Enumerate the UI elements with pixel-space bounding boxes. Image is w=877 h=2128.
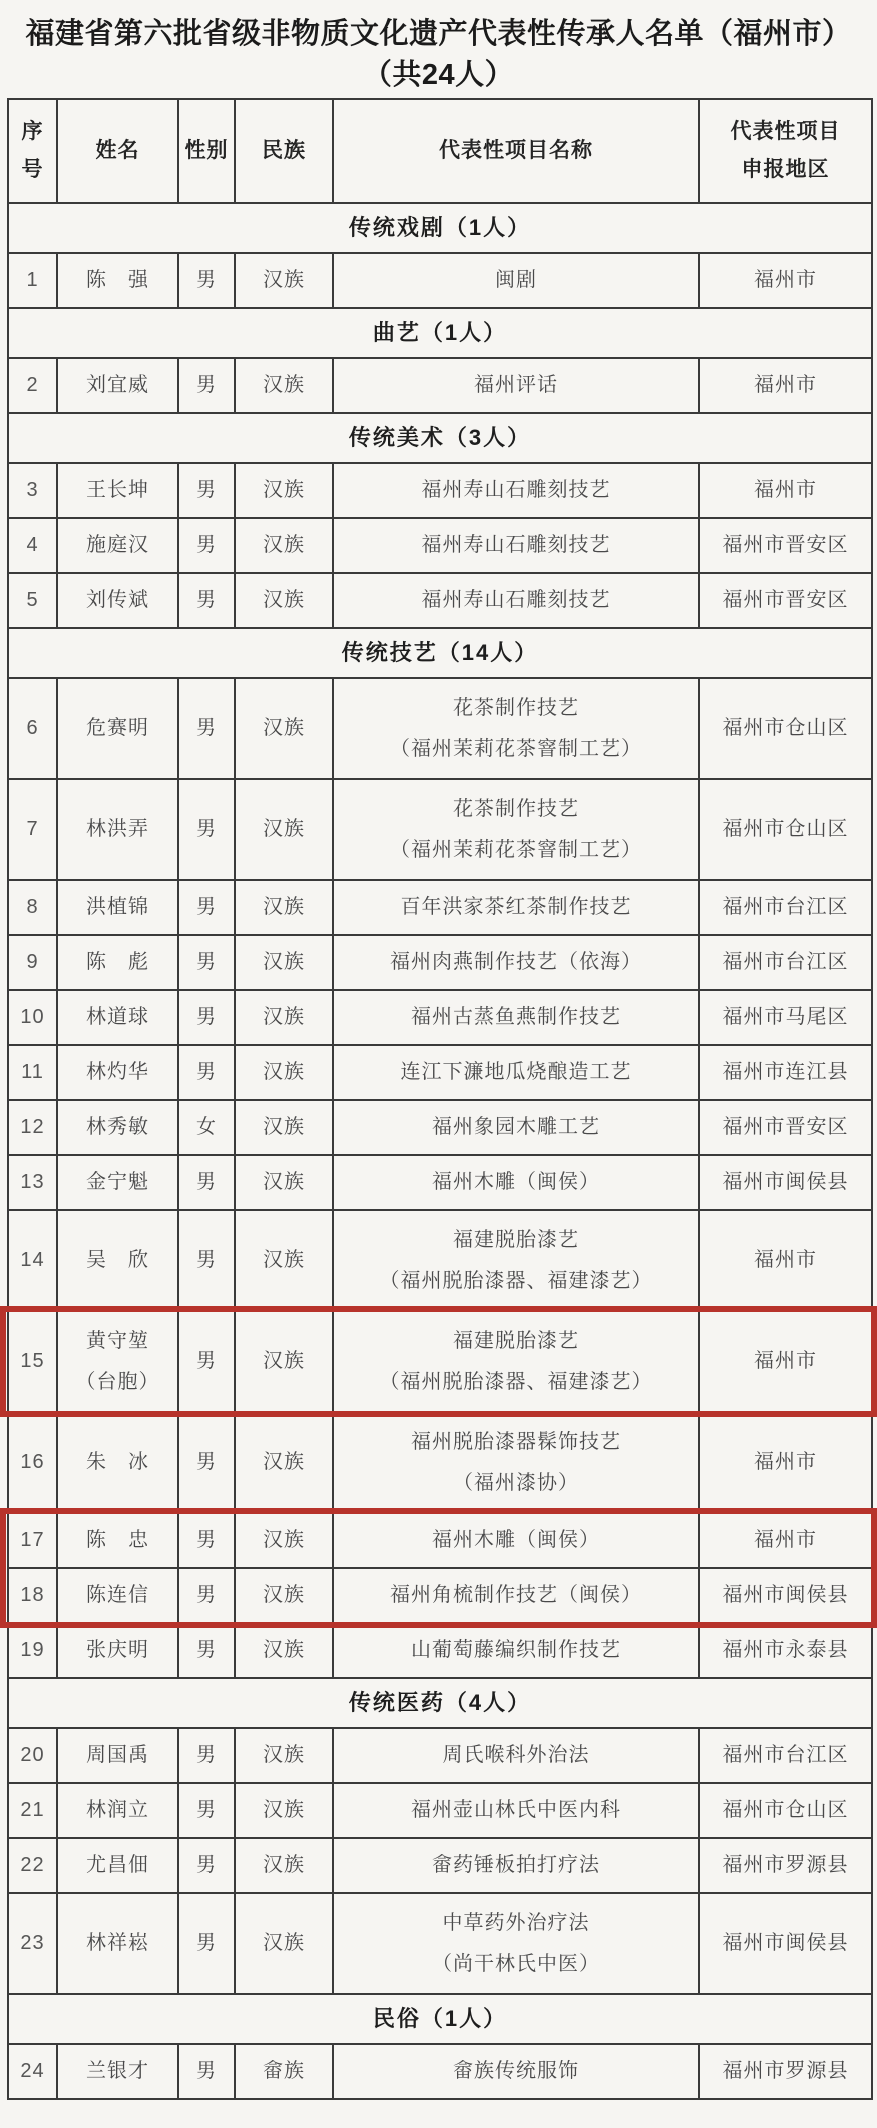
cell-no: 19 — [8, 1623, 57, 1678]
cell-no: 24 — [8, 2044, 57, 2099]
cell-gender: 男 — [178, 1893, 235, 1994]
cell-ethnicity: 汉族 — [235, 1893, 333, 1994]
cell-ethnicity: 汉族 — [235, 1045, 333, 1100]
cell-ethnicity: 汉族 — [235, 990, 333, 1045]
header-ethnicity: 民族 — [235, 99, 333, 203]
document-page: 福建省第六批省级非物质文化遗产代表性传承人名单（福州市） （共24人） 序 号 … — [0, 0, 877, 2128]
cell-ethnicity: 汉族 — [235, 1155, 333, 1210]
cell-project: 福州木雕（闽侯） — [333, 1513, 699, 1568]
cell-no: 9 — [8, 935, 57, 990]
cell-project: 福州寿山石雕刻技艺 — [333, 518, 699, 573]
cell-region: 福州市台江区 — [699, 935, 872, 990]
cell-ethnicity: 汉族 — [235, 1838, 333, 1893]
table-row: 13金宁魁男汉族福州木雕（闽侯）福州市闽侯县 — [8, 1155, 872, 1210]
table-row: 1陈 强男汉族闽剧福州市 — [8, 253, 872, 308]
cell-name: 洪植锦 — [57, 880, 178, 935]
cell-ethnicity: 汉族 — [235, 1412, 333, 1513]
cell-region: 福州市闽侯县 — [699, 1893, 872, 1994]
cell-region: 福州市连江县 — [699, 1045, 872, 1100]
cell-project: 福建脱胎漆艺 （福州脱胎漆器、福建漆艺） — [333, 1210, 699, 1311]
table-row: 14吴 欣男汉族福建脱胎漆艺 （福州脱胎漆器、福建漆艺）福州市 — [8, 1210, 872, 1311]
table-row: 23林祥崧男汉族中草药外治疗法 （尚干林氏中医）福州市闽侯县 — [8, 1893, 872, 1994]
cell-gender: 男 — [178, 1210, 235, 1311]
cell-gender: 男 — [178, 1311, 235, 1412]
cell-gender: 男 — [178, 990, 235, 1045]
cell-name: 危赛明 — [57, 678, 178, 779]
cell-no: 15 — [8, 1311, 57, 1412]
cell-name: 兰银才 — [57, 2044, 178, 2099]
cell-gender: 男 — [178, 1623, 235, 1678]
table-row: 22尤昌佃男汉族畲药锤板拍打疗法福州市罗源县 — [8, 1838, 872, 1893]
cell-project: 福州寿山石雕刻技艺 — [333, 463, 699, 518]
cell-name: 林祥崧 — [57, 1893, 178, 1994]
section-label: 传统技艺（14人） — [8, 628, 872, 678]
cell-project: 畲族传统服饰 — [333, 2044, 699, 2099]
header-gender: 性别 — [178, 99, 235, 203]
table-row: 10林道球男汉族福州古蒸鱼燕制作技艺福州市马尾区 — [8, 990, 872, 1045]
cell-region: 福州市罗源县 — [699, 2044, 872, 2099]
cell-gender: 男 — [178, 678, 235, 779]
cell-project: 福州脱胎漆器髹饰技艺 （福州漆协） — [333, 1412, 699, 1513]
table-row: 21林润立男汉族福州壶山林氏中医内科福州市仓山区 — [8, 1783, 872, 1838]
cell-project: 福州评话 — [333, 358, 699, 413]
cell-gender: 男 — [178, 1568, 235, 1623]
cell-region: 福州市 — [699, 358, 872, 413]
header-project: 代表性项目名称 — [333, 99, 699, 203]
cell-no: 1 — [8, 253, 57, 308]
cell-project: 花茶制作技艺 （福州茉莉花茶窨制工艺） — [333, 678, 699, 779]
cell-gender: 男 — [178, 1155, 235, 1210]
cell-no: 6 — [8, 678, 57, 779]
cell-region: 福州市罗源县 — [699, 1838, 872, 1893]
cell-project: 福州象园木雕工艺 — [333, 1100, 699, 1155]
cell-region: 福州市仓山区 — [699, 779, 872, 880]
cell-project: 畲药锤板拍打疗法 — [333, 1838, 699, 1893]
cell-project: 福州壶山林氏中医内科 — [333, 1783, 699, 1838]
cell-project: 山葡萄藤编织制作技艺 — [333, 1623, 699, 1678]
cell-ethnicity: 汉族 — [235, 1728, 333, 1783]
title-line-1: 福建省第六批省级非物质文化遗产代表性传承人名单（福州市） — [0, 14, 877, 55]
cell-project: 连江下濂地瓜烧酿造工艺 — [333, 1045, 699, 1100]
cell-project: 周氏喉科外治法 — [333, 1728, 699, 1783]
cell-ethnicity: 汉族 — [235, 573, 333, 628]
table-row: 20周国禹男汉族周氏喉科外治法福州市台江区 — [8, 1728, 872, 1783]
cell-region: 福州市晋安区 — [699, 1100, 872, 1155]
table-row: 3王长坤男汉族福州寿山石雕刻技艺福州市 — [8, 463, 872, 518]
cell-region: 福州市仓山区 — [699, 1783, 872, 1838]
section-label: 民俗（1人） — [8, 1994, 872, 2044]
cell-name: 朱 冰 — [57, 1412, 178, 1513]
section-row: 传统技艺（14人） — [8, 628, 872, 678]
cell-name: 林洪弄 — [57, 779, 178, 880]
section-label: 传统美术（3人） — [8, 413, 872, 463]
document-title: 福建省第六批省级非物质文化遗产代表性传承人名单（福州市） （共24人） — [0, 0, 877, 96]
cell-region: 福州市闽侯县 — [699, 1568, 872, 1623]
cell-no: 12 — [8, 1100, 57, 1155]
cell-project: 闽剧 — [333, 253, 699, 308]
cell-no: 5 — [8, 573, 57, 628]
cell-gender: 男 — [178, 2044, 235, 2099]
cell-ethnicity: 汉族 — [235, 1783, 333, 1838]
cell-ethnicity: 汉族 — [235, 1513, 333, 1568]
cell-gender: 男 — [178, 1783, 235, 1838]
cell-project: 花茶制作技艺 （福州茉莉花茶窨制工艺） — [333, 779, 699, 880]
cell-no: 20 — [8, 1728, 57, 1783]
cell-name: 刘传斌 — [57, 573, 178, 628]
table-row: 12林秀敏女汉族福州象园木雕工艺福州市晋安区 — [8, 1100, 872, 1155]
section-row: 传统美术（3人） — [8, 413, 872, 463]
cell-name: 陈连信 — [57, 1568, 178, 1623]
header-region: 代表性项目 申报地区 — [699, 99, 872, 203]
table-row: 19张庆明男汉族山葡萄藤编织制作技艺福州市永泰县 — [8, 1623, 872, 1678]
cell-no: 13 — [8, 1155, 57, 1210]
cell-gender: 男 — [178, 1838, 235, 1893]
cell-name: 陈 彪 — [57, 935, 178, 990]
cell-no: 10 — [8, 990, 57, 1045]
cell-project: 福州肉燕制作技艺（依海） — [333, 935, 699, 990]
cell-gender: 男 — [178, 573, 235, 628]
cell-gender: 男 — [178, 1412, 235, 1513]
cell-region: 福州市 — [699, 1513, 872, 1568]
cell-name: 金宁魁 — [57, 1155, 178, 1210]
cell-gender: 男 — [178, 935, 235, 990]
cell-region: 福州市台江区 — [699, 1728, 872, 1783]
cell-region: 福州市永泰县 — [699, 1623, 872, 1678]
cell-no: 22 — [8, 1838, 57, 1893]
cell-no: 23 — [8, 1893, 57, 1994]
inheritors-table: 序 号 姓名 性别 民族 代表性项目名称 代表性项目 申报地区 传统戏剧（1人）… — [7, 98, 873, 2100]
cell-name: 陈 强 — [57, 253, 178, 308]
cell-region: 福州市晋安区 — [699, 573, 872, 628]
cell-project: 福州古蒸鱼燕制作技艺 — [333, 990, 699, 1045]
title-line-2: （共24人） — [0, 55, 877, 96]
cell-ethnicity: 汉族 — [235, 1623, 333, 1678]
cell-no: 8 — [8, 880, 57, 935]
cell-no: 17 — [8, 1513, 57, 1568]
table-row: 9陈 彪男汉族福州肉燕制作技艺（依海）福州市台江区 — [8, 935, 872, 990]
cell-name: 陈 忠 — [57, 1513, 178, 1568]
section-label: 传统戏剧（1人） — [8, 203, 872, 253]
cell-ethnicity: 畲族 — [235, 2044, 333, 2099]
cell-no: 11 — [8, 1045, 57, 1100]
section-row: 民俗（1人） — [8, 1994, 872, 2044]
cell-project: 福建脱胎漆艺 （福州脱胎漆器、福建漆艺） — [333, 1311, 699, 1412]
cell-gender: 女 — [178, 1100, 235, 1155]
cell-region: 福州市台江区 — [699, 880, 872, 935]
cell-ethnicity: 汉族 — [235, 1100, 333, 1155]
cell-gender: 男 — [178, 463, 235, 518]
table-row: 7林洪弄男汉族花茶制作技艺 （福州茉莉花茶窨制工艺）福州市仓山区 — [8, 779, 872, 880]
header-name: 姓名 — [57, 99, 178, 203]
cell-ethnicity: 汉族 — [235, 880, 333, 935]
cell-gender: 男 — [178, 253, 235, 308]
table-row: 18陈连信男汉族福州角梳制作技艺（闽侯）福州市闽侯县 — [8, 1568, 872, 1623]
table-row: 16朱 冰男汉族福州脱胎漆器髹饰技艺 （福州漆协）福州市 — [8, 1412, 872, 1513]
table-row: 6危赛明男汉族花茶制作技艺 （福州茉莉花茶窨制工艺）福州市仓山区 — [8, 678, 872, 779]
cell-ethnicity: 汉族 — [235, 1568, 333, 1623]
table-row: 5刘传斌男汉族福州寿山石雕刻技艺福州市晋安区 — [8, 573, 872, 628]
cell-no: 14 — [8, 1210, 57, 1311]
table-header: 序 号 姓名 性别 民族 代表性项目名称 代表性项目 申报地区 — [8, 99, 872, 203]
cell-no: 16 — [8, 1412, 57, 1513]
cell-region: 福州市闽侯县 — [699, 1155, 872, 1210]
cell-project: 福州木雕（闽侯） — [333, 1155, 699, 1210]
cell-region: 福州市 — [699, 253, 872, 308]
section-row: 传统医药（4人） — [8, 1678, 872, 1728]
cell-project: 中草药外治疗法 （尚干林氏中医） — [333, 1893, 699, 1994]
cell-name: 林道球 — [57, 990, 178, 1045]
cell-region: 福州市仓山区 — [699, 678, 872, 779]
section-row: 曲艺（1人） — [8, 308, 872, 358]
cell-ethnicity: 汉族 — [235, 1311, 333, 1412]
cell-project: 福州角梳制作技艺（闽侯） — [333, 1568, 699, 1623]
cell-no: 21 — [8, 1783, 57, 1838]
cell-name: 张庆明 — [57, 1623, 178, 1678]
cell-no: 4 — [8, 518, 57, 573]
cell-region: 福州市马尾区 — [699, 990, 872, 1045]
cell-gender: 男 — [178, 779, 235, 880]
section-label: 传统医药（4人） — [8, 1678, 872, 1728]
cell-gender: 男 — [178, 358, 235, 413]
table-row: 24兰银才男畲族畲族传统服饰福州市罗源县 — [8, 2044, 872, 2099]
cell-ethnicity: 汉族 — [235, 518, 333, 573]
table-row: 17陈 忠男汉族福州木雕（闽侯）福州市 — [8, 1513, 872, 1568]
cell-ethnicity: 汉族 — [235, 358, 333, 413]
section-label: 曲艺（1人） — [8, 308, 872, 358]
cell-gender: 男 — [178, 1513, 235, 1568]
cell-gender: 男 — [178, 1045, 235, 1100]
cell-name: 吴 欣 — [57, 1210, 178, 1311]
table-row: 11林灼华男汉族连江下濂地瓜烧酿造工艺福州市连江县 — [8, 1045, 872, 1100]
cell-name: 王长坤 — [57, 463, 178, 518]
cell-name: 林灼华 — [57, 1045, 178, 1100]
cell-name: 施庭汉 — [57, 518, 178, 573]
cell-ethnicity: 汉族 — [235, 253, 333, 308]
cell-no: 18 — [8, 1568, 57, 1623]
cell-ethnicity: 汉族 — [235, 1210, 333, 1311]
table-row: 15黄守堃 （台胞）男汉族福建脱胎漆艺 （福州脱胎漆器、福建漆艺）福州市 — [8, 1311, 872, 1412]
header-row: 序 号 姓名 性别 民族 代表性项目名称 代表性项目 申报地区 — [8, 99, 872, 203]
cell-name: 林润立 — [57, 1783, 178, 1838]
cell-gender: 男 — [178, 880, 235, 935]
cell-ethnicity: 汉族 — [235, 678, 333, 779]
cell-gender: 男 — [178, 1728, 235, 1783]
cell-region: 福州市晋安区 — [699, 518, 872, 573]
cell-no: 2 — [8, 358, 57, 413]
cell-no: 3 — [8, 463, 57, 518]
section-row: 传统戏剧（1人） — [8, 203, 872, 253]
cell-name: 黄守堃 （台胞） — [57, 1311, 178, 1412]
table-row: 2刘宜威男汉族福州评话福州市 — [8, 358, 872, 413]
table-row: 4施庭汉男汉族福州寿山石雕刻技艺福州市晋安区 — [8, 518, 872, 573]
cell-region: 福州市 — [699, 1311, 872, 1412]
cell-project: 百年洪家茶红茶制作技艺 — [333, 880, 699, 935]
cell-name: 尤昌佃 — [57, 1838, 178, 1893]
cell-gender: 男 — [178, 518, 235, 573]
cell-ethnicity: 汉族 — [235, 935, 333, 990]
table-row: 8洪植锦男汉族百年洪家茶红茶制作技艺福州市台江区 — [8, 880, 872, 935]
cell-no: 7 — [8, 779, 57, 880]
cell-region: 福州市 — [699, 1210, 872, 1311]
cell-project: 福州寿山石雕刻技艺 — [333, 573, 699, 628]
cell-region: 福州市 — [699, 463, 872, 518]
cell-name: 林秀敏 — [57, 1100, 178, 1155]
cell-name: 刘宜威 — [57, 358, 178, 413]
header-no: 序 号 — [8, 99, 57, 203]
cell-ethnicity: 汉族 — [235, 779, 333, 880]
table-body: 传统戏剧（1人）1陈 强男汉族闽剧福州市曲艺（1人）2刘宜威男汉族福州评话福州市… — [8, 203, 872, 2099]
cell-region: 福州市 — [699, 1412, 872, 1513]
cell-ethnicity: 汉族 — [235, 463, 333, 518]
cell-name: 周国禹 — [57, 1728, 178, 1783]
